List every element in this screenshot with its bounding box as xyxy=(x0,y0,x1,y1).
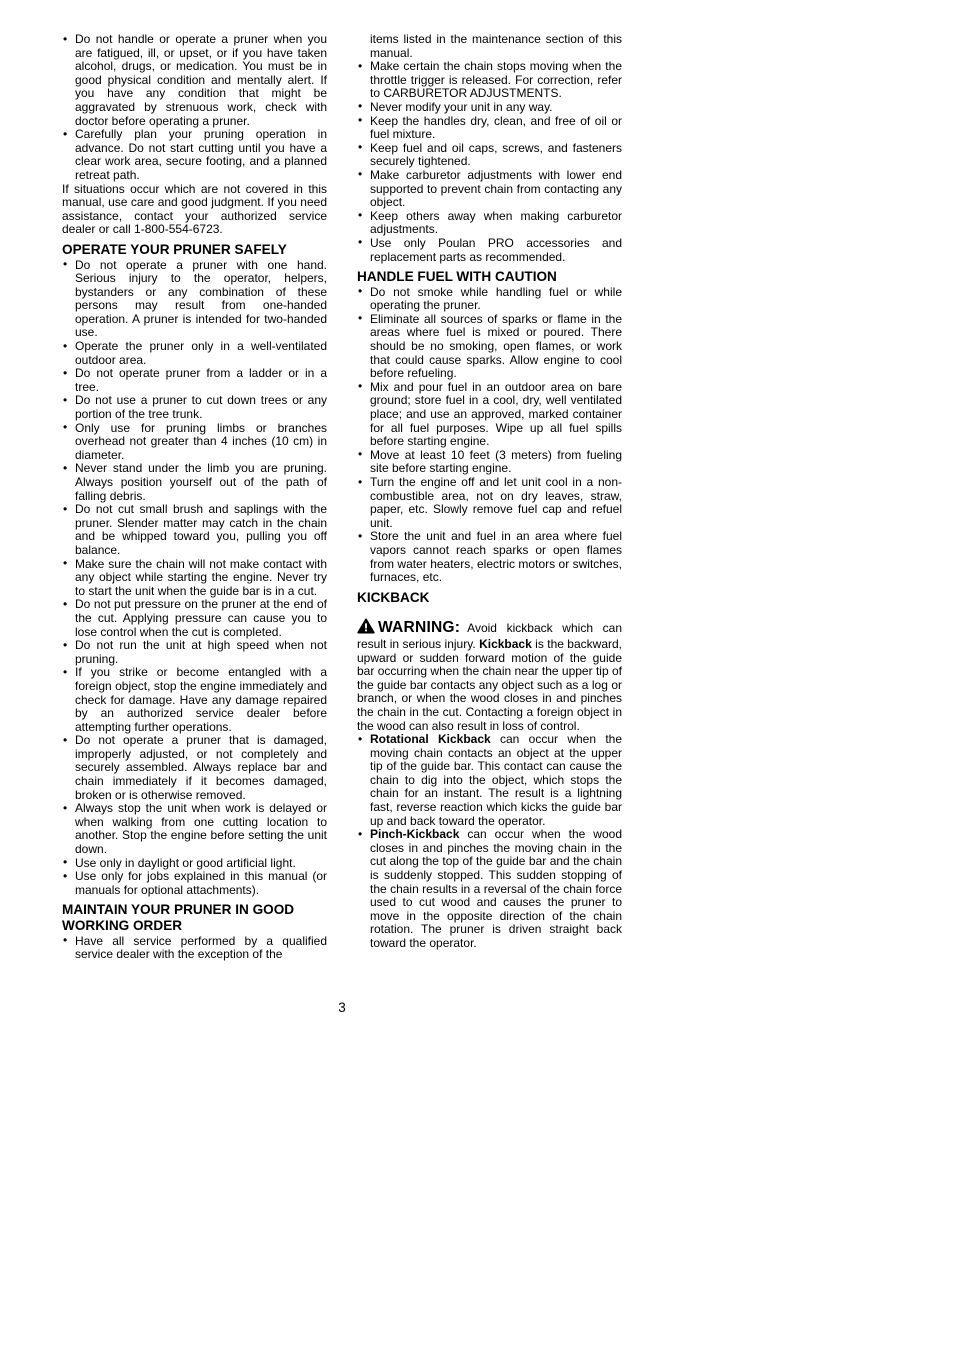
bold-text-run: Pinch-Kickback xyxy=(370,827,459,841)
left-column: •Do not handle or operate a pruner when … xyxy=(62,33,327,962)
bullet-icon: • xyxy=(358,60,362,74)
bullet-icon: • xyxy=(63,666,67,680)
bullet-icon: • xyxy=(63,856,67,870)
text-run: is the backward, upward or sudden forwar… xyxy=(357,637,622,733)
text-run: Always stop the unit when work is delaye… xyxy=(75,801,327,856)
bullet-item: •Use only in daylight or good artificial… xyxy=(62,857,327,871)
text-run: If you strike or become entangled with a… xyxy=(75,665,327,733)
bullet-icon: • xyxy=(358,100,362,114)
bullet-icon: • xyxy=(358,828,362,842)
bullet-item: •Only use for pruning limbs or branches … xyxy=(62,422,327,463)
bullet-item: •Do not operate a pruner that is damaged… xyxy=(62,734,327,802)
paragraph: If situations occur which are not covere… xyxy=(62,183,327,237)
text-run: If situations occur which are not covere… xyxy=(62,182,327,237)
text-run: items listed in the maintenance section … xyxy=(370,32,622,60)
text-run: Use only in daylight or good artificial … xyxy=(75,856,296,870)
text-run: Keep others away when making carburetor … xyxy=(370,209,622,237)
warning-triangle-icon xyxy=(357,618,375,638)
warning-label: WARNING: xyxy=(378,619,467,636)
bullet-item: •Move at least 10 feet (3 meters) from f… xyxy=(357,449,622,476)
bullet-icon: • xyxy=(358,530,362,544)
text-run: Do not operate pruner from a ladder or i… xyxy=(75,366,327,394)
text-run: Store the unit and fuel in an area where… xyxy=(370,529,622,584)
text-run: Make carburetor adjustments with lower e… xyxy=(370,168,622,209)
text-run: Do not operate a pruner that is damaged,… xyxy=(75,733,327,801)
bullet-item: •Pinch-Kickback can occur when the wood … xyxy=(357,828,622,950)
bullet-item: •Do not cut small brush and saplings wit… xyxy=(62,503,327,557)
text-run: Do not cut small brush and saplings with… xyxy=(75,502,327,557)
bullet-item: •Rotational Kickback can occur when the … xyxy=(357,733,622,828)
bullet-item: •Make carburetor adjustments with lower … xyxy=(357,169,622,210)
text-run: Make sure the chain will not make contac… xyxy=(75,557,327,598)
bullet-item: •Carefully plan your pruning operation i… xyxy=(62,128,327,182)
text-run: Do not operate a pruner with one hand. S… xyxy=(75,258,327,340)
bullet-icon: • xyxy=(63,503,67,517)
bullet-item: •Make certain the chain stops moving whe… xyxy=(357,60,622,101)
page-number: 3 xyxy=(62,1000,622,1015)
bullet-icon: • xyxy=(358,380,362,394)
bullet-icon: • xyxy=(63,421,67,435)
bullet-icon: • xyxy=(63,870,67,884)
text-run: Do not smoke while handling fuel or whil… xyxy=(370,285,622,313)
bullet-icon: • xyxy=(63,934,67,948)
bullet-icon: • xyxy=(358,114,362,128)
bullet-icon: • xyxy=(358,448,362,462)
bullet-icon: • xyxy=(63,340,67,354)
text-run: Keep the handles dry, clean, and free of… xyxy=(370,114,622,142)
bullet-item: •Do not handle or operate a pruner when … xyxy=(62,33,327,128)
text-run: Never stand under the limb you are pruni… xyxy=(75,461,327,502)
bullet-item: •Turn the engine off and let unit cool i… xyxy=(357,476,622,530)
text-run: Do not use a pruner to cut down trees or… xyxy=(75,393,327,421)
bullet-item: •Never stand under the limb you are prun… xyxy=(62,462,327,503)
bullet-item: •Do not smoke while handling fuel or whi… xyxy=(357,286,622,313)
bullet-item: •Do not use a pruner to cut down trees o… xyxy=(62,394,327,421)
text-run: Only use for pruning limbs or branches o… xyxy=(75,421,327,462)
text-run: Make certain the chain stops moving when… xyxy=(370,59,622,100)
bullet-icon: • xyxy=(358,168,362,182)
bullet-item: •Keep fuel and oil caps, screws, and fas… xyxy=(357,142,622,169)
bullet-item: •Eliminate all sources of sparks or flam… xyxy=(357,313,622,381)
bullet-icon: • xyxy=(63,258,67,272)
bullet-icon: • xyxy=(63,557,67,571)
continuation-paragraph: items listed in the maintenance section … xyxy=(357,33,622,60)
text-run: Use only for jobs explained in this manu… xyxy=(75,869,327,897)
bullet-item: •If you strike or become entangled with … xyxy=(62,666,327,734)
text-run: Turn the engine off and let unit cool in… xyxy=(370,475,622,530)
page-content: •Do not handle or operate a pruner when … xyxy=(62,33,622,962)
bullet-icon: • xyxy=(63,367,67,381)
bullet-icon: • xyxy=(358,312,362,326)
bullet-item: •Have all service performed by a qualifi… xyxy=(62,935,327,962)
text-run: Do not run the unit at high speed when n… xyxy=(75,638,327,666)
section-heading: OPERATE YOUR PRUNER SAFELY xyxy=(62,242,327,258)
text-run: Use only Poulan PRO accessories and repl… xyxy=(370,236,622,264)
bullet-icon: • xyxy=(358,733,362,747)
text-run: can occur when the moving chain contacts… xyxy=(370,732,622,828)
bullet-item: •Do not run the unit at high speed when … xyxy=(62,639,327,666)
section-heading: MAINTAIN YOUR PRUNER IN GOOD WORKING ORD… xyxy=(62,902,327,933)
bullet-item: •Operate the pruner only in a well-venti… xyxy=(62,340,327,367)
section-heading: KICKBACK xyxy=(357,590,622,606)
text-run: Eliminate all sources of sparks or flame… xyxy=(370,312,622,380)
bullet-icon: • xyxy=(63,639,67,653)
bullet-item: •Keep the handles dry, clean, and free o… xyxy=(357,115,622,142)
warning-paragraph: WARNING:Avoid kickback which can result … xyxy=(357,618,622,733)
manual-page: •Do not handle or operate a pruner when … xyxy=(0,0,954,1348)
bullet-icon: • xyxy=(63,462,67,476)
text-run: Have all service performed by a qualifie… xyxy=(75,934,327,962)
bullet-icon: • xyxy=(358,209,362,223)
text-run: can occur when the wood closes in and pi… xyxy=(370,827,622,950)
right-column: items listed in the maintenance section … xyxy=(357,33,622,962)
bullet-icon: • xyxy=(358,476,362,490)
bullet-item: •Never modify your unit in any way. xyxy=(357,101,622,115)
text-run: Keep fuel and oil caps, screws, and fast… xyxy=(370,141,622,169)
bullet-icon: • xyxy=(63,802,67,816)
section-heading: HANDLE FUEL WITH CAUTION xyxy=(357,269,622,285)
bullet-item: •Store the unit and fuel in an area wher… xyxy=(357,530,622,584)
text-run: Move at least 10 feet (3 meters) from fu… xyxy=(370,448,622,476)
bullet-item: •Always stop the unit when work is delay… xyxy=(62,802,327,856)
text-run: Operate the pruner only in a well-ventil… xyxy=(75,339,327,367)
text-run: Carefully plan your pruning operation in… xyxy=(75,127,327,182)
bullet-item: •Do not operate a pruner with one hand. … xyxy=(62,259,327,341)
bullet-item: •Do not operate pruner from a ladder or … xyxy=(62,367,327,394)
bullet-item: •Use only for jobs explained in this man… xyxy=(62,870,327,897)
bullet-icon: • xyxy=(63,734,67,748)
text-run: Do not put pressure on the pruner at the… xyxy=(75,597,327,638)
bullet-icon: • xyxy=(358,236,362,250)
bullet-item: •Do not put pressure on the pruner at th… xyxy=(62,598,327,639)
bold-text-run: Kickback xyxy=(479,637,532,651)
bold-text-run: Rotational Kickback xyxy=(370,732,491,746)
bullet-icon: • xyxy=(63,598,67,612)
text-run: Mix and pour fuel in an outdoor area on … xyxy=(370,380,622,448)
bullet-item: •Use only Poulan PRO accessories and rep… xyxy=(357,237,622,264)
bullet-icon: • xyxy=(358,285,362,299)
bullet-icon: • xyxy=(63,128,67,142)
bullet-item: •Keep others away when making carburetor… xyxy=(357,210,622,237)
bullet-item: •Make sure the chain will not make conta… xyxy=(62,558,327,599)
text-run: Never modify your unit in any way. xyxy=(370,100,553,114)
bullet-item: •Mix and pour fuel in an outdoor area on… xyxy=(357,381,622,449)
bullet-icon: • xyxy=(63,394,67,408)
bullet-icon: • xyxy=(358,141,362,155)
text-run: Do not handle or operate a pruner when y… xyxy=(75,32,327,128)
bullet-icon: • xyxy=(63,33,67,47)
